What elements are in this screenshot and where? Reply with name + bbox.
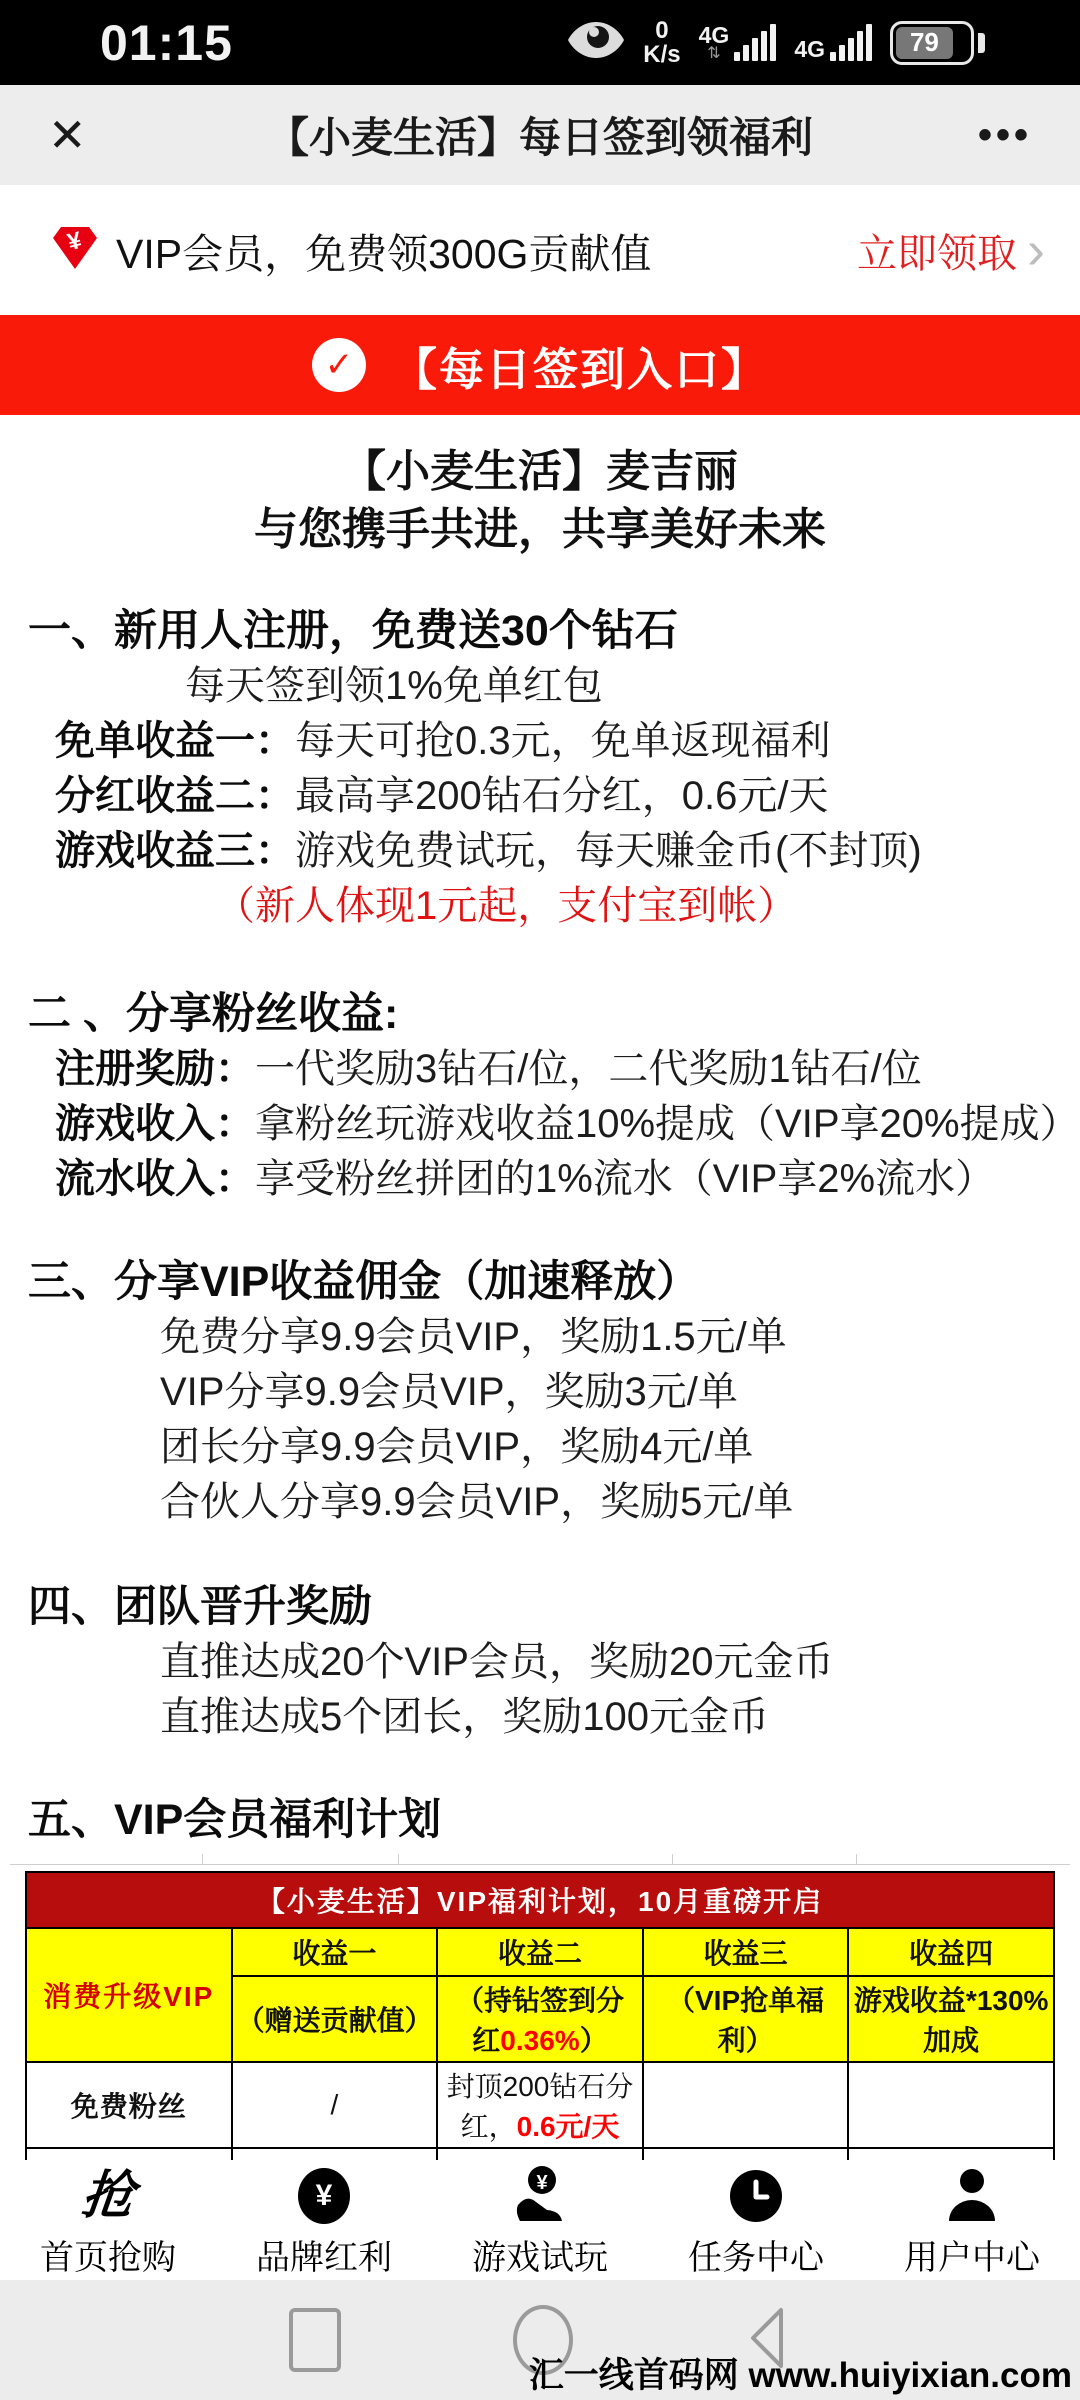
item-label: 注册奖励： xyxy=(55,1047,255,1091)
spreadsheet-gridline xyxy=(10,1864,1070,1865)
benefit-cell: 封顶200钻石分红，0.6元/天 xyxy=(437,2062,643,2148)
tab-label: 品牌红利 xyxy=(256,2230,392,2279)
article-content: 【小麦生活】麦吉丽 与您携手共进，共享美好未来 一、新用人注册，免费送30个钻石… xyxy=(0,443,1080,2261)
tab-user-center[interactable]: 用户中心 xyxy=(864,2160,1080,2280)
tab-label: 首页抢购 xyxy=(40,2230,176,2279)
hand-coin-icon: ¥ xyxy=(511,2164,569,2228)
more-menu-icon[interactable]: ••• xyxy=(912,113,1032,158)
table-header-row: 消费升级VIP 收益一 收益二 收益三 收益四 xyxy=(26,1928,1054,1976)
column-subheader: （赠送贡献值） xyxy=(232,1976,438,2062)
tab-home-grab[interactable]: 抢 首页抢购 xyxy=(0,2160,216,2280)
clock-icon xyxy=(728,2164,784,2228)
column-header: 收益二 xyxy=(437,1928,643,1976)
claim-now-link[interactable]: 立即领取 xyxy=(857,222,1017,279)
column-header: 收益四 xyxy=(848,1928,1054,1976)
battery-level: 79 xyxy=(896,27,953,59)
section5-title: 五、VIP会员福利计划 xyxy=(28,1793,1080,1848)
recent-apps-icon[interactable] xyxy=(289,2308,341,2372)
gem-icon: ¥ xyxy=(52,223,98,278)
tab-label: 游戏试玩 xyxy=(472,2230,608,2279)
column-header: 收益一 xyxy=(232,1928,438,1976)
item-text: 每天可抢0.3元，免单返现福利 xyxy=(295,719,831,763)
network-speed-value: 0 xyxy=(655,19,668,43)
svg-text:¥: ¥ xyxy=(536,2172,548,2194)
section4-item: 直推达成5个团长，奖励100元金币 xyxy=(160,1690,1080,1745)
item-label: 分红收益二： xyxy=(55,774,295,818)
clock-time: 01:15 xyxy=(100,14,233,72)
section2-item: 注册奖励：一代奖励3钻石/位，二代奖励1钻石/位 xyxy=(55,1042,1080,1097)
section1-subline: 每天签到领1%免单红包 xyxy=(185,659,1080,714)
app-tab-bar: 抢 首页抢购 ¥ 品牌红利 ¥ 游戏试玩 任务中心 xyxy=(0,2160,1080,2280)
item-text: 一代奖励3钻石/位，二代奖励1钻石/位 xyxy=(255,1047,922,1091)
yen-coin-icon: ¥ xyxy=(298,2168,350,2224)
battery-icon: 79 xyxy=(890,21,985,65)
column-header: 收益三 xyxy=(643,1928,849,1976)
corner-header: 消费升级VIP xyxy=(26,1928,232,2062)
item-text: 游戏免费试玩，每天赚金币(不封顶) xyxy=(295,829,922,873)
vip-banner[interactable]: ¥ VIP会员，免费领300G贡献值 立即领取 › xyxy=(0,185,1080,315)
section2-item: 游戏收入：拿粉丝玩游戏收益10%提成（VIP享20%提成） xyxy=(55,1097,1080,1152)
check-circle-icon: ✓ xyxy=(312,338,366,392)
benefit-cell xyxy=(848,2062,1054,2148)
data-arrows-icon: ⇅ xyxy=(707,47,720,61)
brand-slogan: 与您携手共进，共享美好未来 xyxy=(0,501,1080,559)
section1-item: 分红收益二：最高享200钻石分红，0.6元/天 xyxy=(55,769,1080,824)
sim2-network-type: 4G xyxy=(794,38,825,61)
section2-title: 二 、分享粉丝收益: xyxy=(28,987,1080,1042)
brand-heading: 【小麦生活】麦吉丽 xyxy=(0,443,1080,501)
member-level-cell: 免费粉丝 xyxy=(26,2062,232,2148)
status-icons: 0 K/s 4G ⇅ 4G 79 xyxy=(567,19,985,67)
column-subheader: （持钻签到分红0.36%） xyxy=(437,1976,643,2062)
sim1-network-type: 4G xyxy=(699,24,730,47)
column-subheader: （VIP抢单福利） xyxy=(643,1976,849,2062)
section3-item: 免费分享9.9会员VIP，奖励1.5元/单 xyxy=(160,1310,1080,1365)
tab-task-center[interactable]: 任务中心 xyxy=(648,2160,864,2280)
item-label: 流水收入： xyxy=(55,1157,255,1201)
item-text: 享受粉丝拼团的1%流水（VIP享2%流水） xyxy=(255,1157,995,1201)
tab-label: 用户中心 xyxy=(904,2230,1040,2279)
section1-item: 免单收益一：每天可抢0.3元，免单返现福利 xyxy=(55,714,1080,769)
sim2-signal-icon: 4G xyxy=(794,24,872,61)
vip-banner-text: VIP会员，免费领300G贡献值 xyxy=(116,221,651,280)
section3-item: VIP分享9.9会员VIP，奖励3元/单 xyxy=(160,1365,1080,1420)
daily-signin-banner[interactable]: ✓ 【每日签到入口】 xyxy=(0,315,1080,415)
watermark: 汇一线首码网 www.huiyixian.com xyxy=(529,2348,1072,2398)
page-title: 【小麦生活】每日签到领福利 xyxy=(168,105,912,165)
section1-title: 一、新用人注册，免费送30个钻石 xyxy=(28,604,1080,659)
person-icon xyxy=(944,2164,1000,2228)
table-row: 免费粉丝 / 封顶200钻石分红，0.6元/天 xyxy=(26,2062,1054,2148)
benefit-cell: / xyxy=(232,2062,438,2148)
table-title-row: 【小麦生活】VIP福利计划，10月重磅开启 xyxy=(26,1872,1054,1928)
section3-item: 团长分享9.9会员VIP，奖励4元/单 xyxy=(160,1420,1080,1475)
grab-icon: 抢 xyxy=(79,2168,137,2224)
network-speed-unit: K/s xyxy=(643,43,680,67)
section1-item: 游戏收益三：游戏免费试玩，每天赚金币(不封顶) xyxy=(55,824,1080,879)
section3-item: 合伙人分享9.9会员VIP，奖励5元/单 xyxy=(160,1475,1080,1530)
item-label: 游戏收益三： xyxy=(55,829,295,873)
tab-game-trial[interactable]: ¥ 游戏试玩 xyxy=(432,2160,648,2280)
item-label: 游戏收入： xyxy=(55,1102,255,1146)
section4-item: 直推达成20个VIP会员，奖励20元金币 xyxy=(160,1635,1080,1690)
chevron-right-icon: › xyxy=(1027,230,1045,270)
section2-item: 流水收入：享受粉丝拼团的1%流水（VIP享2%流水） xyxy=(55,1152,1080,1207)
benefit-cell xyxy=(643,2062,849,2148)
item-label: 免单收益一： xyxy=(55,719,295,763)
section4-title: 四、团队晋升奖励 xyxy=(28,1580,1080,1635)
network-speed: 0 K/s xyxy=(643,19,680,67)
signin-banner-text: 【每日签到入口】 xyxy=(392,333,768,398)
tab-brand-dividend[interactable]: ¥ 品牌红利 xyxy=(216,2160,432,2280)
tab-label: 任务中心 xyxy=(688,2230,824,2279)
column-subheader: 游戏收益*130%加成 xyxy=(848,1976,1054,2062)
sim1-signal-icon: 4G ⇅ xyxy=(699,24,777,61)
eye-protection-icon xyxy=(567,20,625,65)
newcomer-note: （新人体现1元起，支付宝到帐） xyxy=(215,879,1080,934)
table-title: 【小麦生活】VIP福利计划，10月重磅开启 xyxy=(26,1872,1054,1928)
close-icon[interactable]: ✕ xyxy=(48,108,168,162)
item-text: 拿粉丝玩游戏收益10%提成（VIP享20%提成） xyxy=(255,1102,1080,1146)
browser-title-bar: ✕ 【小麦生活】每日签到领福利 ••• xyxy=(0,85,1080,185)
section3-title: 三、分享VIP收益佣金（加速释放） xyxy=(28,1255,1080,1310)
item-text: 最高享200钻石分红，0.6元/天 xyxy=(295,774,828,818)
status-bar: 01:15 0 K/s 4G ⇅ 4G 79 xyxy=(0,0,1080,85)
